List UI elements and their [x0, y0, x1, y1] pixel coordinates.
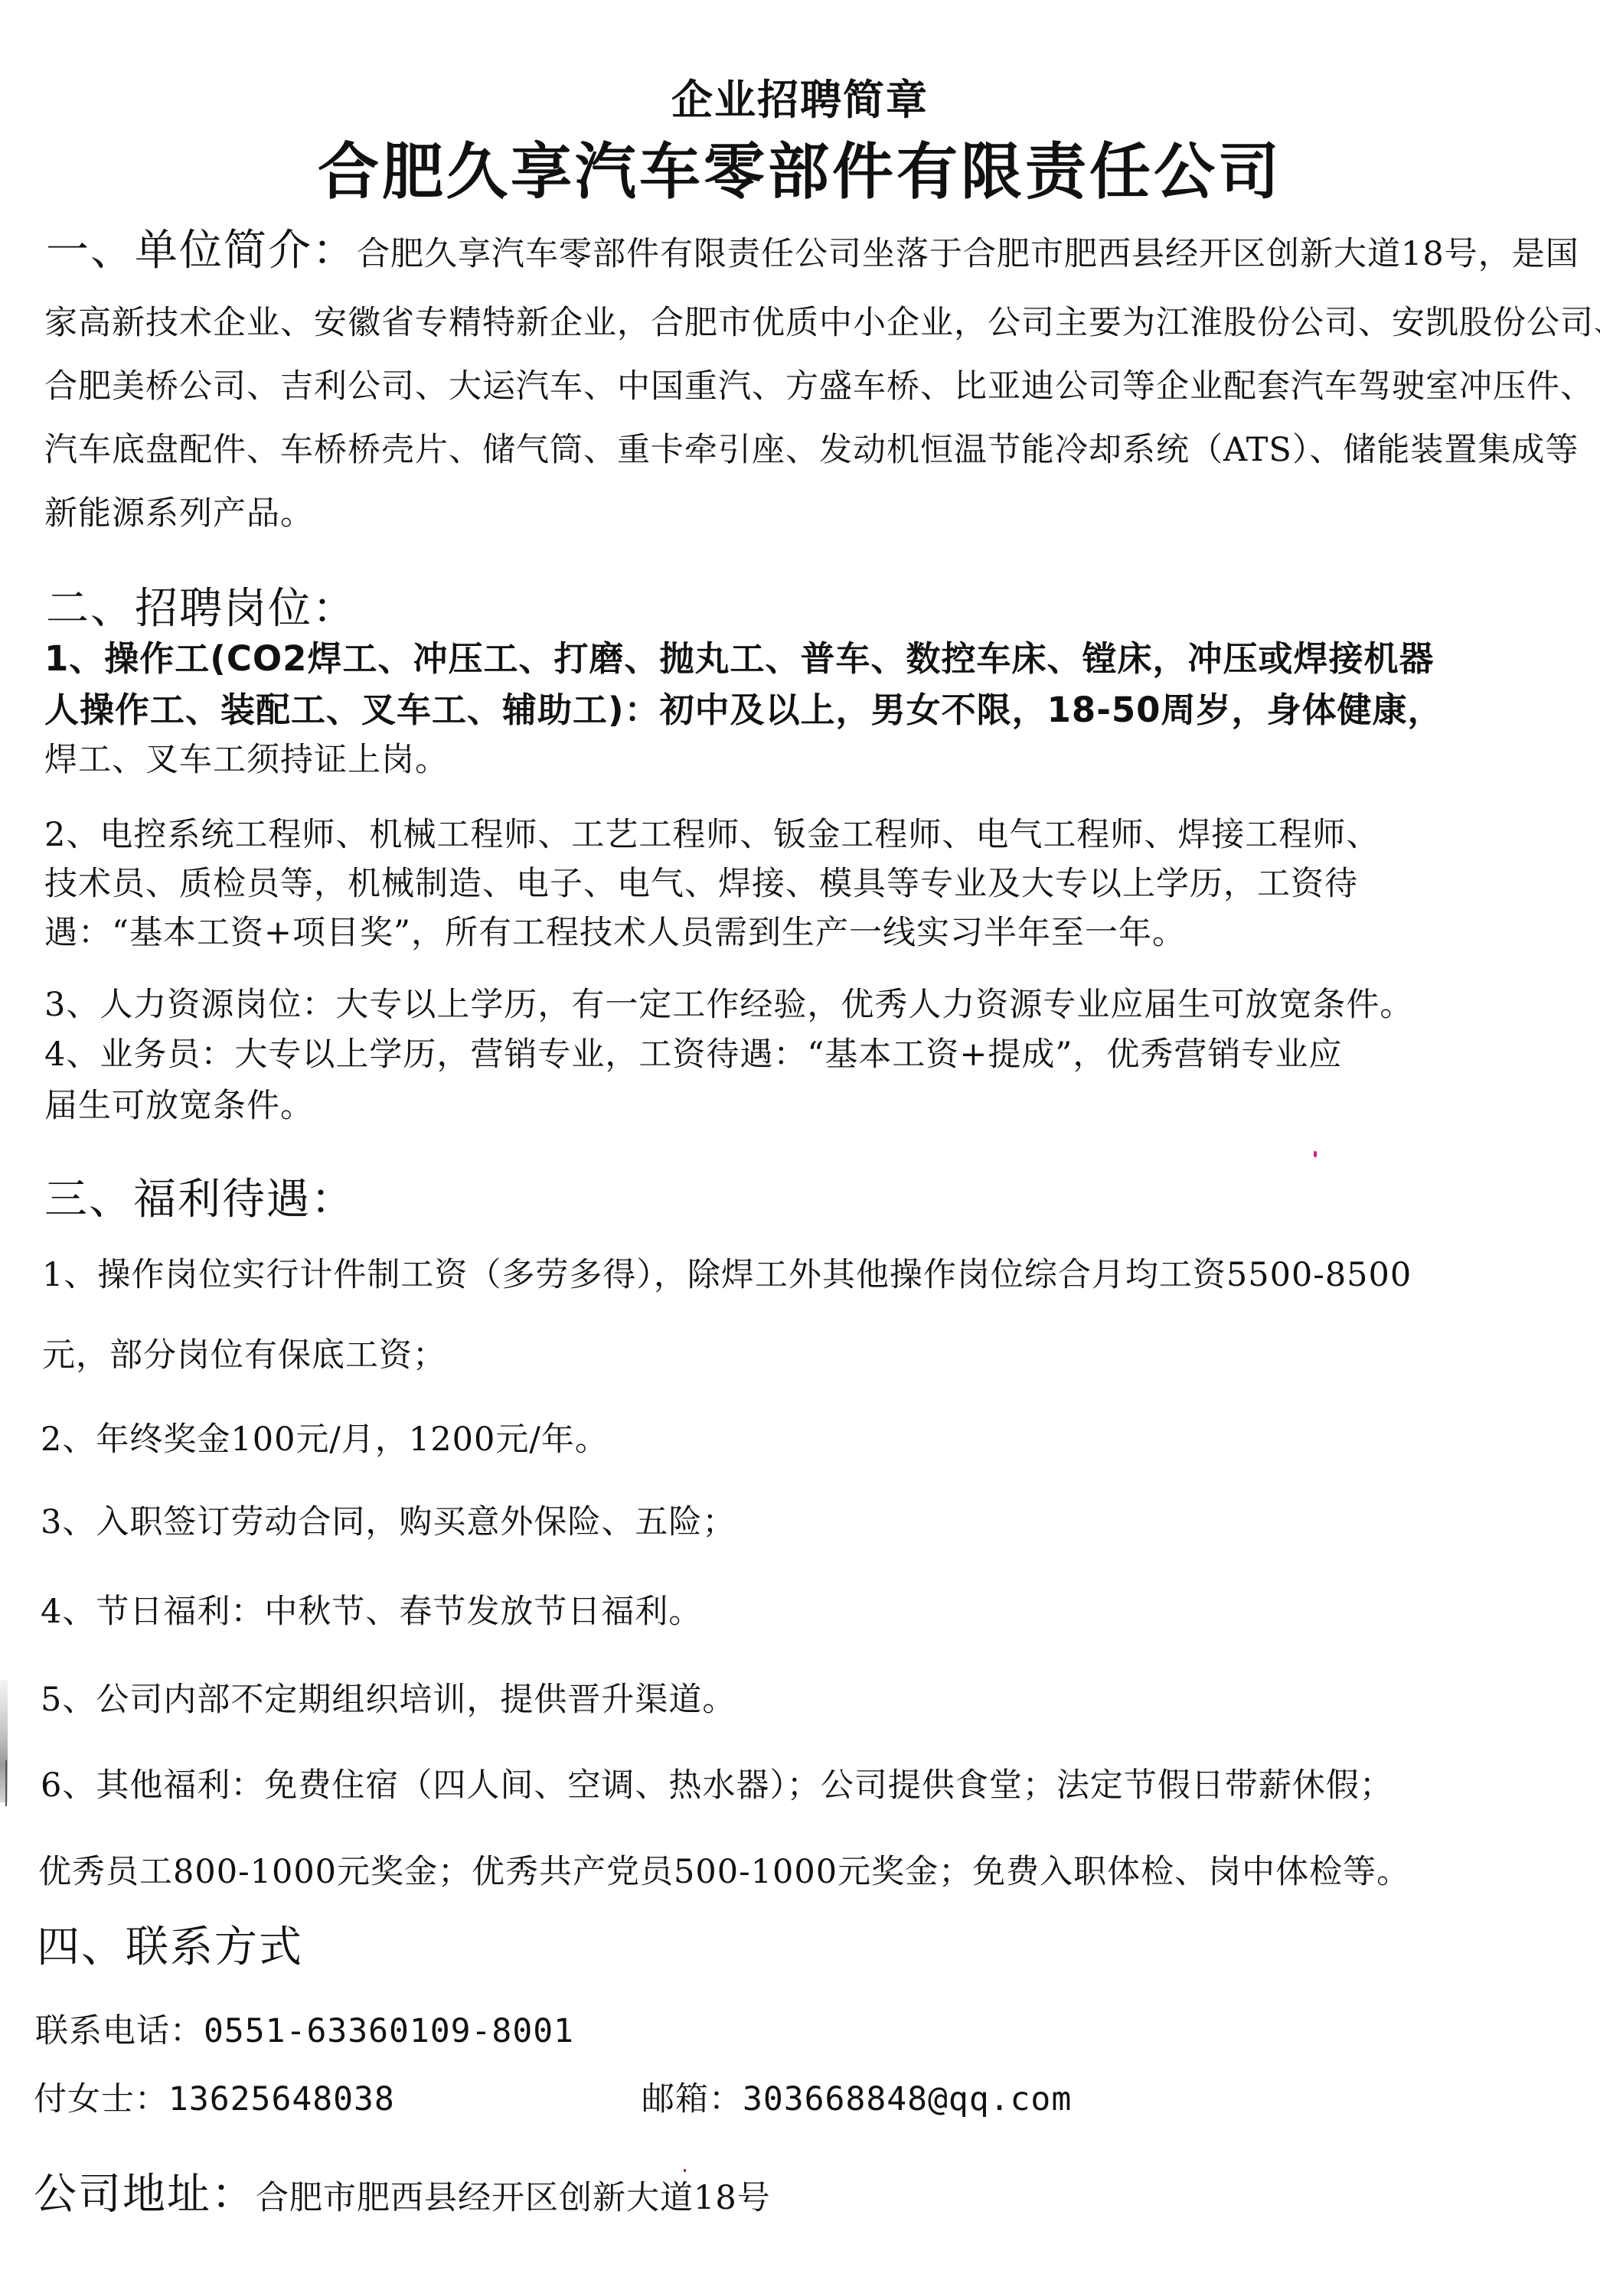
benefit-text-line: 优秀员工800-1000元奖金；优秀共产党员500-1000元奖金；免费入职体检…	[38, 1856, 1410, 1889]
position-text-line: 焊工、叉车工须持证上岗。	[44, 744, 449, 777]
intro-text-line: 汽车底盘配件、车桥桥壳片、储气筒、重卡牵引座、发动机恒温节能冷却系统（ATS）、…	[44, 434, 1579, 467]
contact-heading: 四、联系方式	[37, 1926, 303, 1969]
intro-text-line: 新能源系列产品。	[44, 497, 314, 530]
benefit-text-line: 6、其他福利：免费住宿（四人间、空调、热水器）；公司提供食堂；法定节假日带薪休假…	[41, 1769, 1393, 1802]
recruitment-notice-page: 企业招聘简章 合肥久享汽车零部件有限责任公司 一、单位简介：合肥久享汽车零部件有…	[0, 0, 1600, 2296]
benefit-text-line: 1、操作岗位实行计件制工资（多劳多得），除焊工外其他操作岗位综合月均工资5500…	[42, 1259, 1412, 1292]
position-text-line: 届生可放宽条件。	[44, 1090, 314, 1123]
intro-text-line: 合肥久享汽车零部件有限责任公司坐落于合肥市肥西县经开区创新大道18号，是国	[357, 235, 1579, 273]
pink-ink-mark	[1314, 1151, 1317, 1157]
email-address: 303668848@qq.com	[743, 2080, 1072, 2118]
benefit-training: 5、公司内部不定期组织培训，提供晋升渠道。	[41, 1684, 736, 1717]
address-label: 公司地址：	[34, 2170, 256, 2219]
position-text-line: 4、业务员：大专以上学历，营销专业，工资待遇：“基本工资+提成”，优秀营销专业应	[44, 1039, 1342, 1071]
intro-text-line: 家高新技术企业、安徽省专精特新企业，合肥市优质中小企业，公司主要为江淮股份公司、…	[44, 307, 1600, 340]
red-dot-mark	[684, 2169, 686, 2172]
position-text-line: 3、人力资源岗位：大专以上学历，有一定工作经验，优秀人力资源专业应届生可放宽条件…	[44, 989, 1413, 1022]
phone-number: 0551-63360109-8001	[204, 2012, 574, 2050]
document-subtitle: 企业招聘简章	[0, 80, 1600, 121]
benefit-text-line: 元，部分岗位有保底工资；	[42, 1339, 446, 1372]
scan-edge-line-artifact	[5, 1760, 7, 1806]
position-text-line: 遇：“基本工资+项目奖”，所有工程技术人员需到生产一线实习半年至一年。	[44, 917, 1186, 950]
benefit-holiday: 4、节日福利：中秋节、春节发放节日福利。	[41, 1596, 702, 1629]
contact-phone-row: 联系电话：0551-63360109-8001	[35, 2015, 574, 2048]
benefit-contract-insurance: 3、入职签订劳动合同，购买意外保险、五险；	[41, 1506, 736, 1539]
person-phone: 13625648038	[168, 2080, 395, 2118]
benefit-year-end-bonus: 2、年终奖金100元/月，1200元/年。	[41, 1424, 609, 1456]
company-name-title: 合肥久享汽车零部件有限责任公司	[0, 142, 1600, 203]
contact-email-row: 邮箱：303668848@qq.com	[642, 2083, 1072, 2116]
position-text-line: 2、电控系统工程师、机械工程师、工艺工程师、钣金工程师、电气工程师、焊接工程师、	[44, 819, 1380, 852]
person-label: 付女士：	[34, 2080, 168, 2118]
intro-heading: 一、单位简介：	[46, 226, 357, 276]
position-text-line: 技术员、质检员等，机械制造、电子、电气、焊接、模具等专业及大专以上学历，工资待	[44, 868, 1358, 901]
position-text-line: 1、操作工(CO2焊工、冲压工、打磨、抛丸工、普车、数控车床、镗床，冲压或焊接机…	[44, 641, 1434, 676]
contact-person-row: 付女士：13625648038	[34, 2083, 395, 2116]
benefits-heading: 三、福利待遇：	[44, 1179, 355, 1221]
phone-label: 联系电话：	[35, 2012, 204, 2050]
intro-text-line: 合肥美桥公司、吉利公司、大运汽车、中国重汽、方盛车桥、比亚迪公司等企业配套汽车驾…	[44, 370, 1594, 403]
contact-address-row: 公司地址：合肥市肥西县经开区创新大道18号	[34, 2174, 771, 2216]
position-text-line: 人操作工、装配工、叉车工、辅助工)：初中及以上，男女不限，18-50周岁，身体健…	[44, 693, 1443, 727]
intro-first-line: 一、单位简介：合肥久享汽车零部件有限责任公司坐落于合肥市肥西县经开区创新大道18…	[46, 230, 1579, 272]
address-text: 合肥市肥西县经开区创新大道18号	[256, 2179, 771, 2217]
email-label: 邮箱：	[642, 2080, 743, 2118]
positions-heading: 二、招聘岗位：	[46, 588, 357, 631]
